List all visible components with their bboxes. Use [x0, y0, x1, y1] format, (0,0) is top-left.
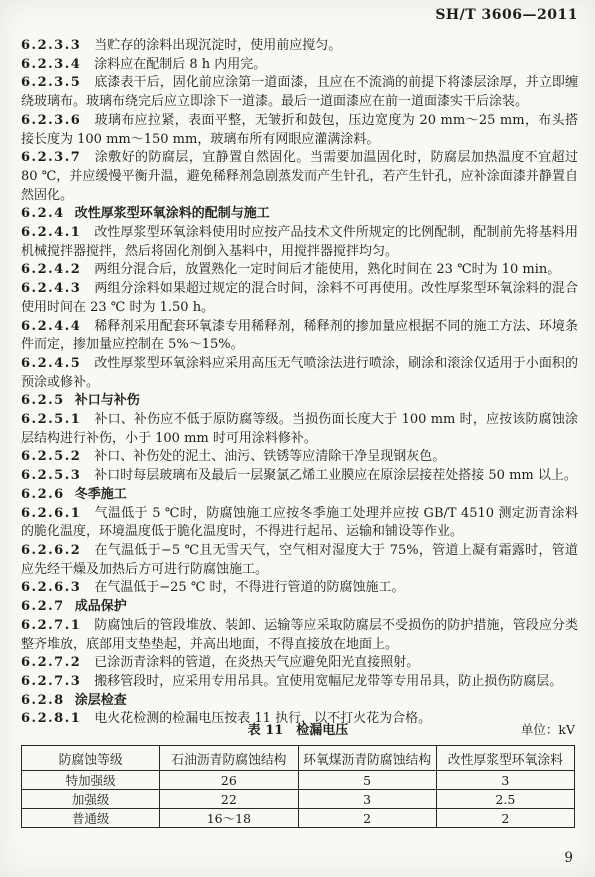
clause-number: 6.2.5.3 [21, 468, 81, 483]
table-cell: 26 [160, 771, 298, 790]
clause-paragraph: 6.2.5.2补口、补伤处的泥土、油污、铁锈等应清除干净呈现钢灰色。 [21, 448, 578, 467]
clause-text: 在气温低于−5 ℃且无雪天气，空气相对湿度大于 75%，管道上凝有霜露时，管道应… [21, 543, 578, 577]
clause-text: 两组分涂料如果超过规定的混合时间，涂料不可再使用。改性厚浆型环氧涂料的混合使用时… [21, 281, 578, 315]
clauses: 6.2.3.3当贮存的涂料出现沉淀时，使用前应搅匀。6.2.3.4涂料应在配制后… [21, 37, 578, 729]
document-page: SH/T 3606—2011 6.2.3.3当贮存的涂料出现沉淀时，使用前应搅匀… [0, 0, 595, 877]
clause-text: 气温低于 5 ℃时，防腐蚀施工应按冬季施工处理并应按 GB/T 4510 测定沥… [21, 506, 578, 540]
clause-number: 6.2.4.2 [21, 262, 81, 277]
clause-number: 6.2.6.3 [21, 580, 81, 595]
table-cell: 特加强级 [22, 771, 160, 790]
clause-text: 涂敷好的防腐层，宜静置自然固化。当需要加温固化时，防腐层加热温度不宜超过 80 … [21, 150, 578, 202]
table-cell: 3 [298, 790, 436, 809]
table-row: 特加强级2653 [22, 771, 575, 790]
clause-number: 6.2.4.1 [21, 225, 81, 240]
section-heading: 6.2.8涂层检查 [21, 692, 578, 711]
table-cell: 16～18 [160, 809, 298, 828]
clause-paragraph: 6.2.3.4涂料应在配制后 8 h 内用完。 [21, 56, 578, 75]
table-header-row: 防腐蚀等级石油沥青防腐蚀结构环氧煤沥青防腐蚀结构改性厚浆型环氧涂料 [22, 746, 575, 771]
doc-number: SH/T 3606—2011 [435, 7, 578, 23]
table-cell: 2 [436, 809, 574, 828]
clause-number: 6.2.4 [21, 206, 65, 221]
clause-text: 补口与补伤 [75, 393, 140, 408]
clause-number: 6.2.8 [21, 693, 65, 708]
clause-number: 6.2.7 [21, 599, 65, 614]
table-cell: 2.5 [436, 790, 574, 809]
table-column-header: 改性厚浆型环氧涂料 [436, 746, 574, 771]
table-row: 普通级16～1822 [22, 809, 575, 828]
clause-number: 6.2.4.3 [21, 281, 81, 296]
clause-text: 成品保护 [75, 599, 127, 614]
clause-paragraph: 6.2.5.3补口时每层玻璃布及最后一层聚氯乙烯工业膜应在原涂层接茬处搭接 50… [21, 467, 578, 486]
clause-paragraph: 6.2.3.5底漆表干后，固化前应涂第一道面漆，且应在不流淌的前提下将漆层涂厚，… [21, 74, 578, 111]
clause-number: 6.2.3.5 [21, 75, 81, 90]
table-cell: 2 [298, 809, 436, 828]
table-block: 表 11检漏电压 单位：kV 防腐蚀等级石油沥青防腐蚀结构环氧煤沥青防腐蚀结构改… [21, 719, 575, 828]
table-column-header: 石油沥青防腐蚀结构 [160, 746, 298, 771]
clause-text: 涂层检查 [75, 693, 127, 708]
clause-paragraph: 6.2.3.7涂敷好的防腐层，宜静置自然固化。当需要加温固化时，防腐层加热温度不… [21, 149, 578, 205]
table-unit: 单位：kV [521, 720, 575, 738]
clause-text: 涂料应在配制后 8 h 内用完。 [94, 57, 266, 72]
leak-voltage-table: 防腐蚀等级石油沥青防腐蚀结构环氧煤沥青防腐蚀结构改性厚浆型环氧涂料 特加强级26… [21, 745, 575, 828]
clause-text: 稀释剂采用配套环氧漆专用稀释剂，稀释剂的掺加量应根据不同的施工方法、环境条件而定… [21, 319, 578, 353]
table-caption-main: 表 11检漏电压 [248, 719, 349, 738]
clause-number: 6.2.5.2 [21, 449, 81, 464]
clause-number: 6.2.3.6 [21, 113, 81, 128]
clause-text: 搬移管段时，应采用专用吊具。宜使用宽幅尼龙带等专用吊具，防止损伤防腐层。 [94, 674, 562, 689]
table-cell: 3 [436, 771, 574, 790]
clause-paragraph: 6.2.4.2两组分混合后，放置熟化一定时间后才能使用，熟化时间在 23 ℃时为… [21, 261, 578, 280]
clause-number: 6.2.4.5 [21, 356, 81, 371]
clause-number: 6.2.6.1 [21, 506, 81, 521]
clause-text: 冬季施工 [75, 487, 127, 502]
clause-text: 底漆表干后，固化前应涂第一道面漆，且应在不流淌的前提下将漆层涂厚，并立即缠绕玻璃… [21, 75, 578, 109]
clause-number: 6.2.7.2 [21, 655, 81, 670]
clause-text: 补口、补伤应不低于原防腐等级。当损伤面长度大于 100 mm 时，应按该防腐蚀涂… [21, 412, 578, 446]
clause-paragraph: 6.2.7.2已涂沥青涂料的管道，在炎热天气应避免阳光直接照射。 [21, 654, 578, 673]
table-column-header: 环氧煤沥青防腐蚀结构 [298, 746, 436, 771]
clause-text: 玻璃布应拉紧，表面平整，无皱折和鼓包，压边宽度为 20 mm～25 mm，布头搭… [21, 113, 578, 147]
clause-text: 补口、补伤处的泥土、油污、铁锈等应清除干净呈现钢灰色。 [94, 449, 445, 464]
clause-paragraph: 6.2.4.4稀释剂采用配套环氧漆专用稀释剂，稀释剂的掺加量应根据不同的施工方法… [21, 318, 578, 355]
clause-paragraph: 6.2.6.3在气温低于−25 ℃ 时，不得进行管道的防腐蚀施工。 [21, 579, 578, 598]
table-row: 加强级2232.5 [22, 790, 575, 809]
section-heading: 6.2.6冬季施工 [21, 486, 578, 505]
table-cell: 5 [298, 771, 436, 790]
page-number: 9 [564, 850, 573, 866]
clause-number: 6.2.6.2 [21, 543, 81, 558]
clause-number: 6.2.5.1 [21, 412, 81, 427]
clause-text: 在气温低于−25 ℃ 时，不得进行管道的防腐蚀施工。 [94, 580, 404, 595]
clause-paragraph: 6.2.3.3当贮存的涂料出现沉淀时，使用前应搅匀。 [21, 37, 578, 56]
clause-number: 6.2.3.3 [21, 38, 81, 53]
clause-text: 补口时每层玻璃布及最后一层聚氯乙烯工业膜应在原涂层接茬处搭接 50 mm 以上。 [94, 468, 577, 483]
table-title: 检漏电压 [296, 723, 348, 738]
clause-number: 6.2.3.7 [21, 150, 81, 165]
clause-paragraph: 6.2.3.6玻璃布应拉紧，表面平整，无皱折和鼓包，压边宽度为 20 mm～25… [21, 112, 578, 149]
table-caption: 表 11检漏电压 单位：kV [21, 719, 575, 740]
clause-paragraph: 6.2.7.3搬移管段时，应采用专用吊具。宜使用宽幅尼龙带等专用吊具，防止损伤防… [21, 673, 578, 692]
clause-text: 当贮存的涂料出现沉淀时，使用前应搅匀。 [94, 38, 341, 53]
clause-number: 6.2.4.4 [21, 319, 81, 334]
clause-number: 6.2.3.4 [21, 57, 81, 72]
table-cell: 22 [160, 790, 298, 809]
clause-paragraph: 6.2.7.1防腐蚀后的管段堆放、装卸、运输等应采取防腐层不受损伤的防护措施，管… [21, 617, 578, 654]
clause-number: 6.2.7.3 [21, 674, 81, 689]
section-heading: 6.2.4改性厚浆型环氧涂料的配制与施工 [21, 205, 578, 224]
clause-text: 两组分混合后，放置熟化一定时间后才能使用，熟化时间在 23 ℃时为 10 min… [94, 262, 560, 277]
clause-paragraph: 6.2.4.1改性厚浆型环氧涂料使用时应按产品技术文件所规定的比例配制，配制前先… [21, 224, 578, 261]
table-body: 特加强级2653加强级2232.5普通级16～1822 [22, 771, 575, 828]
table-cell: 普通级 [22, 809, 160, 828]
clause-number: 6.2.5 [21, 393, 65, 408]
clause-paragraph: 6.2.4.5改性厚浆型环氧涂料应采用高压无气喷涂法进行喷涂，刷涂和滚涂仅适用于… [21, 355, 578, 392]
clause-paragraph: 6.2.4.3两组分涂料如果超过规定的混合时间，涂料不可再使用。改性厚浆型环氧涂… [21, 280, 578, 317]
clause-text: 改性厚浆型环氧涂料的配制与施工 [75, 206, 270, 221]
table-label: 表 11 [248, 723, 284, 738]
clause-text: 改性厚浆型环氧涂料应采用高压无气喷涂法进行喷涂，刷涂和滚涂仅适用于小面积的预涂或… [21, 356, 578, 390]
clause-paragraph: 6.2.6.2在气温低于−5 ℃且无雪天气，空气相对湿度大于 75%，管道上凝有… [21, 542, 578, 579]
clause-paragraph: 6.2.5.1补口、补伤应不低于原防腐等级。当损伤面长度大于 100 mm 时，… [21, 411, 578, 448]
section-heading: 6.2.5补口与补伤 [21, 392, 578, 411]
clause-paragraph: 6.2.6.1气温低于 5 ℃时，防腐蚀施工应按冬季施工处理并应按 GB/T 4… [21, 505, 578, 542]
clause-text: 改性厚浆型环氧涂料使用时应按产品技术文件所规定的比例配制，配制前先将基料用机械搅… [21, 225, 578, 259]
clause-number: 6.2.7.1 [21, 618, 81, 633]
table-column-header: 防腐蚀等级 [22, 746, 160, 771]
table-cell: 加强级 [22, 790, 160, 809]
clause-text: 已涂沥青涂料的管道，在炎热天气应避免阳光直接照射。 [94, 655, 419, 670]
clause-number: 6.2.6 [21, 487, 65, 502]
clause-text: 防腐蚀后的管段堆放、装卸、运输等应采取防腐层不受损伤的防护措施，管段应分类整齐堆… [21, 618, 578, 652]
section-heading: 6.2.7成品保护 [21, 598, 578, 617]
